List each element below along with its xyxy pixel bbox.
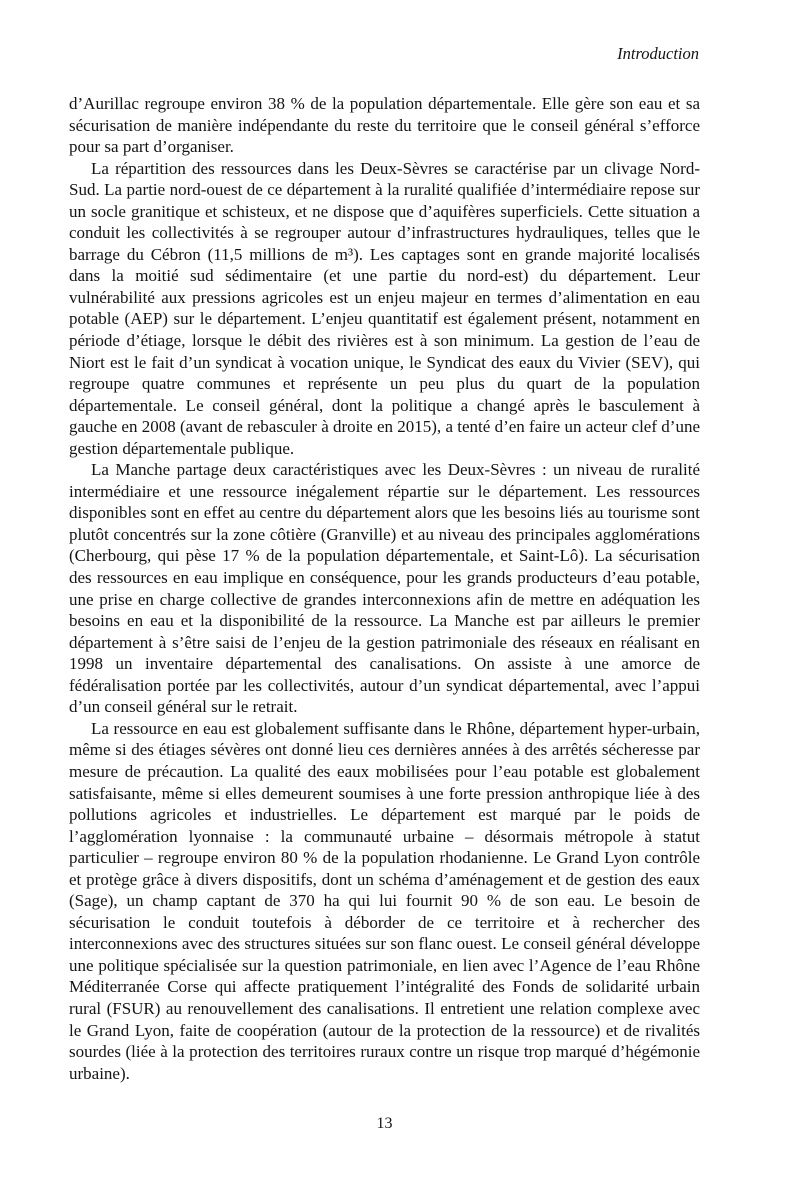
text-column: Introduction d’Aurillac regroupe environ…: [69, 44, 700, 1084]
page-number: 13: [69, 1114, 700, 1134]
book-page: Introduction d’Aurillac regroupe environ…: [0, 0, 800, 1200]
running-header: Introduction: [69, 44, 700, 64]
body-text: d’Aurillac regroupe environ 38 % de la p…: [69, 93, 700, 1084]
paragraph-manche: La Manche partage deux caractéristiques …: [69, 459, 700, 718]
paragraph-deux-sevres: La répartition des ressources dans les D…: [69, 158, 700, 460]
paragraph-rhone: La ressource en eau est globalement suff…: [69, 718, 700, 1084]
paragraph-aurillac: d’Aurillac regroupe environ 38 % de la p…: [69, 93, 700, 158]
